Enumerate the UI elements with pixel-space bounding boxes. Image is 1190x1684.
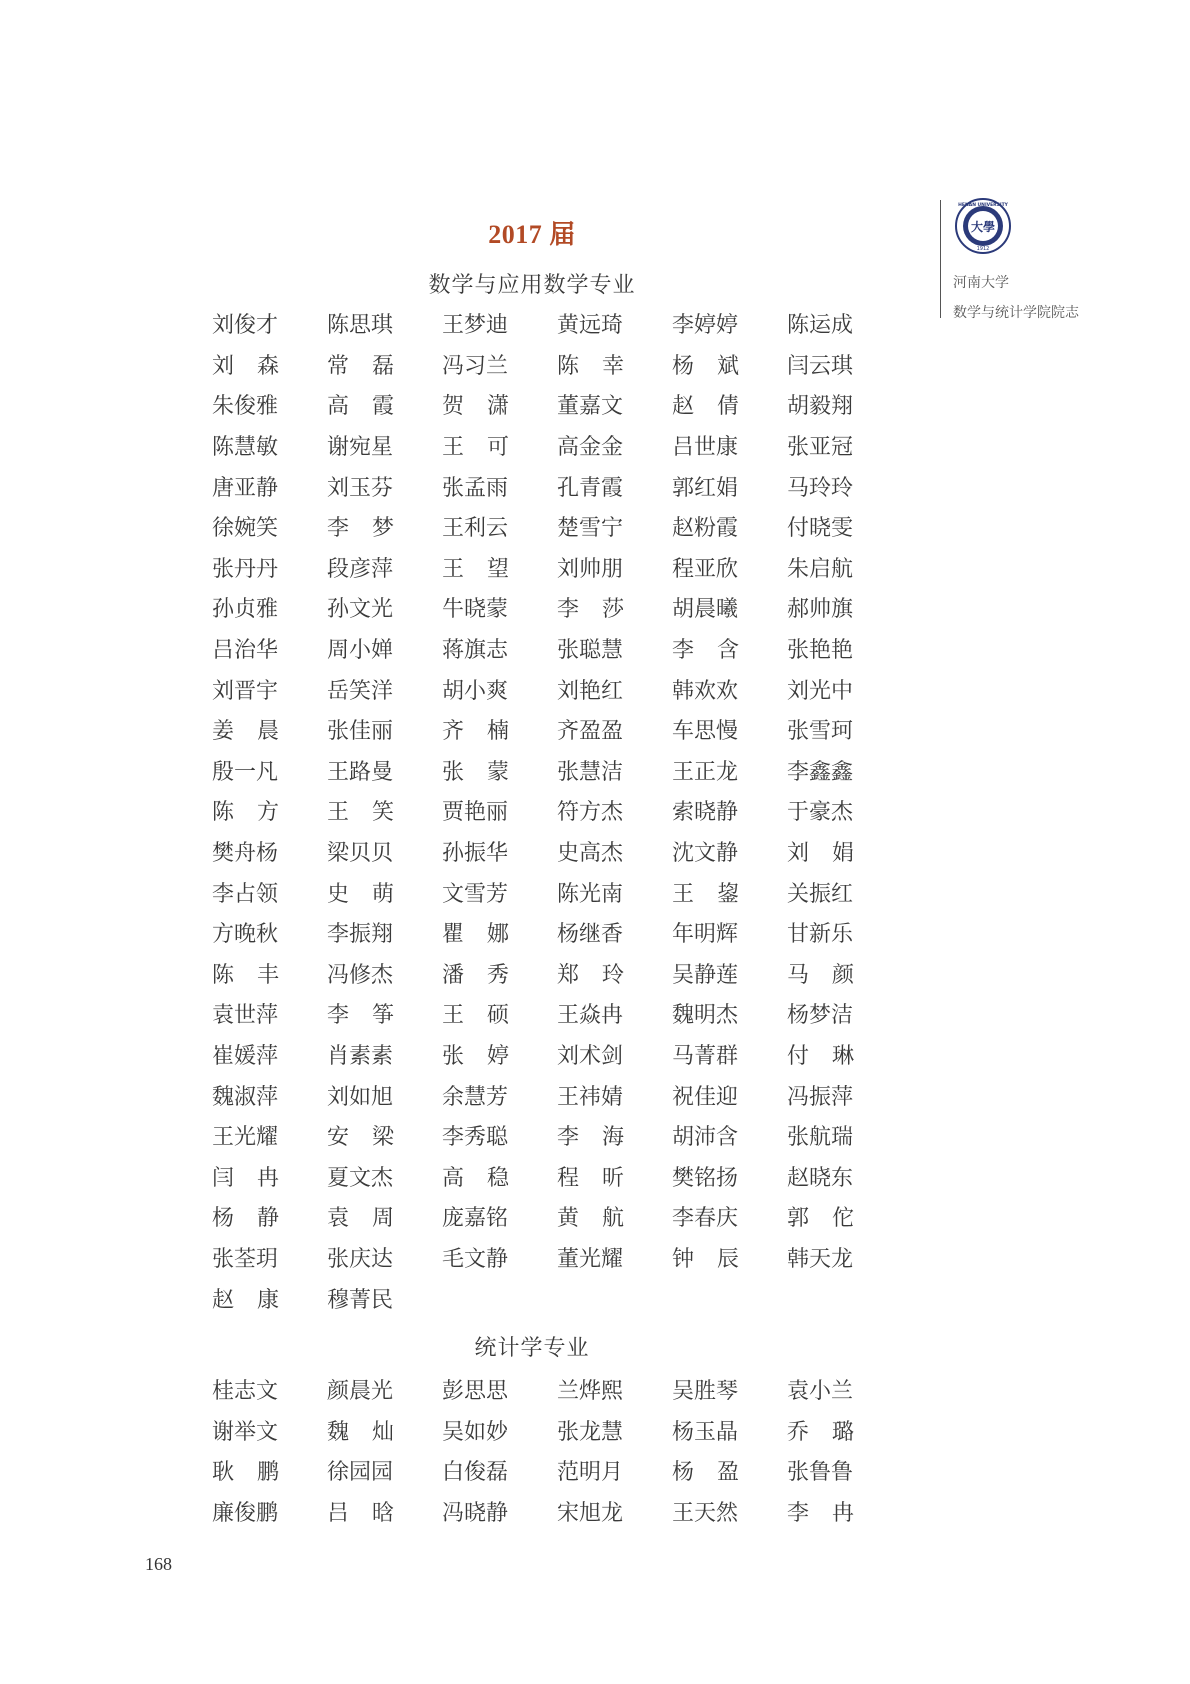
student-name: 于豪杰 — [787, 802, 902, 824]
name-row: 陈方王笑贾艳丽符方杰索晓静于豪杰 — [212, 793, 912, 834]
student-name: 王路曼 — [327, 762, 442, 784]
student-name: 李婷婷 — [672, 315, 787, 337]
student-name: 徐园园 — [327, 1462, 442, 1484]
section-title-stats: 统计学专业 — [0, 1331, 1064, 1362]
student-name: 刘如旭 — [327, 1087, 442, 1109]
student-name: 刘光中 — [787, 681, 902, 703]
student-name: 赵康 — [212, 1290, 327, 1312]
student-name: 胡沛含 — [672, 1127, 787, 1149]
student-name: 李筝 — [327, 1005, 442, 1027]
student-name: 陈慧敏 — [212, 437, 327, 459]
student-name: 车思慢 — [672, 721, 787, 743]
name-row: 李占领史萌文雪芳陈光南王鋆关振红 — [212, 874, 912, 915]
student-name: 张蒙 — [442, 762, 557, 784]
student-name: 张婷 — [442, 1046, 557, 1068]
student-name: 方晚秋 — [212, 924, 327, 946]
student-name: 徐婉笑 — [212, 518, 327, 540]
student-name: 张艳艳 — [787, 640, 902, 662]
student-name: 袁小兰 — [787, 1381, 902, 1403]
student-name: 李含 — [672, 640, 787, 662]
name-row: 王光耀安梁李秀聪李海胡沛含张航瑞 — [212, 1118, 912, 1159]
student-name: 王焱冉 — [557, 1005, 672, 1027]
student-name: 吴胜琴 — [672, 1381, 787, 1403]
student-name: 郭佗 — [787, 1208, 902, 1230]
student-name: 马玲玲 — [787, 478, 902, 500]
student-name: 王天然 — [672, 1503, 787, 1525]
student-name: 张航瑞 — [787, 1127, 902, 1149]
name-row: 朱俊雅高霞贺潇董嘉文赵倩胡毅翔 — [212, 387, 912, 428]
student-name: 祝佳迎 — [672, 1087, 787, 1109]
student-name: 牛晓蒙 — [442, 599, 557, 621]
student-name: 马菁群 — [672, 1046, 787, 1068]
name-row: 张荃玥张庆达毛文静董光耀钟辰韩天龙 — [212, 1240, 912, 1281]
name-row: 刘森常磊冯习兰陈幸杨斌闫云琪 — [212, 347, 912, 388]
student-name: 高稳 — [442, 1168, 557, 1190]
student-name: 梁贝贝 — [327, 843, 442, 865]
page-title: 2017 届 — [0, 214, 1064, 251]
student-name: 赵晓东 — [787, 1168, 902, 1190]
student-name: 郑玲 — [557, 965, 672, 987]
student-name: 刘俊才 — [212, 315, 327, 337]
student-name: 范明月 — [557, 1462, 672, 1484]
name-row: 崔媛萍肖素素张婷刘术剑马菁群付琳 — [212, 1037, 912, 1078]
student-name: 陈方 — [212, 802, 327, 824]
student-name: 刘玉芬 — [327, 478, 442, 500]
student-name: 高金金 — [557, 437, 672, 459]
student-name: 李冉 — [787, 1503, 902, 1525]
student-name: 吴静莲 — [672, 965, 787, 987]
student-name: 姜晨 — [212, 721, 327, 743]
student-name: 韩欢欢 — [672, 681, 787, 703]
student-name: 张孟雨 — [442, 478, 557, 500]
student-name: 李梦 — [327, 518, 442, 540]
student-name: 文雪芳 — [442, 884, 557, 906]
student-name: 樊铭扬 — [672, 1168, 787, 1190]
student-name: 付琳 — [787, 1046, 902, 1068]
student-name: 吕治华 — [212, 640, 327, 662]
student-name: 赵粉霞 — [672, 518, 787, 540]
name-row: 刘俊才陈思琪王梦迪黄远琦李婷婷陈运成 — [212, 306, 912, 347]
student-name: 甘新乐 — [787, 924, 902, 946]
student-name: 颜晨光 — [327, 1381, 442, 1403]
student-name: 蒋旗志 — [442, 640, 557, 662]
student-name: 郝帅旗 — [787, 599, 902, 621]
student-name: 王利云 — [442, 518, 557, 540]
student-name: 庞嘉铭 — [442, 1208, 557, 1230]
student-name: 吕晗 — [327, 1503, 442, 1525]
student-name: 李秀聪 — [442, 1127, 557, 1149]
student-name: 张丹丹 — [212, 559, 327, 581]
name-row: 赵康穆菁民 — [212, 1280, 912, 1321]
student-name: 冯振萍 — [787, 1087, 902, 1109]
name-row: 杨静袁周庞嘉铭黄航李春庆郭佗 — [212, 1199, 912, 1240]
student-name: 杨静 — [212, 1208, 327, 1230]
student-name: 殷一凡 — [212, 762, 327, 784]
student-name: 王光耀 — [212, 1127, 327, 1149]
student-name: 魏灿 — [327, 1422, 442, 1444]
student-name: 张聪慧 — [557, 640, 672, 662]
student-name: 宋旭龙 — [557, 1503, 672, 1525]
student-name: 李海 — [557, 1127, 672, 1149]
student-name: 袁周 — [327, 1208, 442, 1230]
student-name: 史萌 — [327, 884, 442, 906]
student-name: 胡晨曦 — [672, 599, 787, 621]
student-name: 杨玉晶 — [672, 1422, 787, 1444]
student-name: 唐亚静 — [212, 478, 327, 500]
student-name: 陈运成 — [787, 315, 902, 337]
student-name: 陈幸 — [557, 356, 672, 378]
student-name: 耿鹏 — [212, 1462, 327, 1484]
student-name: 沈文静 — [672, 843, 787, 865]
student-name: 肖素素 — [327, 1046, 442, 1068]
student-name: 王笑 — [327, 802, 442, 824]
student-name: 张佳丽 — [327, 721, 442, 743]
page-number: 168 — [145, 1554, 172, 1575]
student-name: 孔青霞 — [557, 478, 672, 500]
name-row: 谢举文魏灿吴如妙张龙慧杨玉晶乔璐 — [212, 1413, 912, 1454]
student-name: 王鋆 — [672, 884, 787, 906]
student-name: 李鑫鑫 — [787, 762, 902, 784]
student-name: 张亚冠 — [787, 437, 902, 459]
student-name: 年明辉 — [672, 924, 787, 946]
name-row: 闫冉夏文杰高稳程昕樊铭扬赵晓东 — [212, 1158, 912, 1199]
name-row: 桂志文颜晨光彭思思兰烨熙吴胜琴袁小兰 — [212, 1372, 912, 1413]
student-name: 齐楠 — [442, 721, 557, 743]
student-name: 孙文光 — [327, 599, 442, 621]
student-name: 陈思琪 — [327, 315, 442, 337]
student-name: 谢宛星 — [327, 437, 442, 459]
student-name: 兰烨熙 — [557, 1381, 672, 1403]
student-name: 杨斌 — [672, 356, 787, 378]
student-name: 刘晋宇 — [212, 681, 327, 703]
name-row: 殷一凡王路曼张蒙张慧洁王正龙李鑫鑫 — [212, 753, 912, 794]
student-name: 周小婵 — [327, 640, 442, 662]
student-name: 杨梦洁 — [787, 1005, 902, 1027]
university-logo-icon: 大學 1912 HENAN UNIVERSITY — [955, 198, 1011, 254]
name-row: 唐亚静刘玉芬张孟雨孔青霞郭红娟马玲玲 — [212, 468, 912, 509]
student-name: 符方杰 — [557, 802, 672, 824]
student-name: 王正龙 — [672, 762, 787, 784]
student-name: 索晓静 — [672, 802, 787, 824]
student-name: 闫冉 — [212, 1168, 327, 1190]
student-name: 夏文杰 — [327, 1168, 442, 1190]
name-row: 方晚秋李振翔瞿娜杨继香年明辉甘新乐 — [212, 915, 912, 956]
name-row: 姜晨张佳丽齐楠齐盈盈车思慢张雪珂 — [212, 712, 912, 753]
student-name: 闫云琪 — [787, 356, 902, 378]
student-name: 孙贞雅 — [212, 599, 327, 621]
student-name: 刘森 — [212, 356, 327, 378]
student-name: 段彦萍 — [327, 559, 442, 581]
student-name: 王望 — [442, 559, 557, 581]
student-name: 刘帅朋 — [557, 559, 672, 581]
student-name: 袁世萍 — [212, 1005, 327, 1027]
student-name: 张雪珂 — [787, 721, 902, 743]
student-name: 赵倩 — [672, 396, 787, 418]
student-name: 胡小爽 — [442, 681, 557, 703]
student-name: 冯习兰 — [442, 356, 557, 378]
name-row: 陈丰冯修杰潘秀郑玲吴静莲马颜 — [212, 956, 912, 997]
student-name: 刘艳红 — [557, 681, 672, 703]
student-name: 关振红 — [787, 884, 902, 906]
student-name: 张荃玥 — [212, 1249, 327, 1271]
student-name: 李占领 — [212, 884, 327, 906]
student-name: 贺潇 — [442, 396, 557, 418]
student-name: 孙振华 — [442, 843, 557, 865]
student-name: 程亚欣 — [672, 559, 787, 581]
student-name: 董嘉文 — [557, 396, 672, 418]
name-row: 孙贞雅孙文光牛晓蒙李莎胡晨曦郝帅旗 — [212, 590, 912, 631]
student-name: 樊舟杨 — [212, 843, 327, 865]
student-name: 钟辰 — [672, 1249, 787, 1271]
student-name: 刘术剑 — [557, 1046, 672, 1068]
book-title: 数学与统计学院院志 — [953, 302, 1079, 322]
student-name: 张慧洁 — [557, 762, 672, 784]
student-name: 陈丰 — [212, 965, 327, 987]
student-name: 史高杰 — [557, 843, 672, 865]
svg-text:HENAN UNIVERSITY: HENAN UNIVERSITY — [958, 202, 1009, 208]
student-name: 魏明杰 — [672, 1005, 787, 1027]
student-name: 冯晓静 — [442, 1503, 557, 1525]
student-name: 乔璐 — [787, 1422, 902, 1444]
student-name: 郭红娟 — [672, 478, 787, 500]
student-name: 张龙慧 — [557, 1422, 672, 1444]
name-grid-math: 刘俊才陈思琪王梦迪黄远琦李婷婷陈运成刘森常磊冯习兰陈幸杨斌闫云琪朱俊雅高霞贺潇董… — [212, 306, 912, 1321]
student-name: 张鲁鲁 — [787, 1462, 902, 1484]
student-name: 付晓雯 — [787, 518, 902, 540]
student-name: 黄远琦 — [557, 315, 672, 337]
name-row: 刘晋宇岳笑洋胡小爽刘艳红韩欢欢刘光中 — [212, 671, 912, 712]
svg-text:1912: 1912 — [977, 246, 990, 252]
student-name: 彭思思 — [442, 1381, 557, 1403]
student-name: 毛文静 — [442, 1249, 557, 1271]
student-name: 董光耀 — [557, 1249, 672, 1271]
student-name: 贾艳丽 — [442, 802, 557, 824]
student-name: 韩天龙 — [787, 1249, 902, 1271]
student-name: 王祎婧 — [557, 1087, 672, 1109]
section-title-math: 数学与应用数学专业 — [0, 268, 1064, 299]
student-name: 白俊磊 — [442, 1462, 557, 1484]
student-name: 余慧芳 — [442, 1087, 557, 1109]
name-row: 张丹丹段彦萍王望刘帅朋程亚欣朱启航 — [212, 550, 912, 591]
student-name: 吴如妙 — [442, 1422, 557, 1444]
student-name: 高霞 — [327, 396, 442, 418]
student-name: 朱俊雅 — [212, 396, 327, 418]
student-name: 岳笑洋 — [327, 681, 442, 703]
student-name: 杨盈 — [672, 1462, 787, 1484]
name-row: 魏淑萍刘如旭余慧芳王祎婧祝佳迎冯振萍 — [212, 1077, 912, 1118]
student-name: 朱启航 — [787, 559, 902, 581]
student-name: 李春庆 — [672, 1208, 787, 1230]
student-name: 冯修杰 — [327, 965, 442, 987]
student-name: 张庆达 — [327, 1249, 442, 1271]
student-name: 桂志文 — [212, 1381, 327, 1403]
student-name: 谢举文 — [212, 1422, 327, 1444]
svg-text:大學: 大學 — [971, 219, 995, 234]
student-name: 安梁 — [327, 1127, 442, 1149]
student-name: 黄航 — [557, 1208, 672, 1230]
student-name: 胡毅翔 — [787, 396, 902, 418]
student-name: 吕世康 — [672, 437, 787, 459]
sidebar-divider — [940, 200, 941, 318]
name-grid-stats: 桂志文颜晨光彭思思兰烨熙吴胜琴袁小兰谢举文魏灿吴如妙张龙慧杨玉晶乔璐耿鹏徐园园白… — [212, 1372, 912, 1534]
name-row: 耿鹏徐园园白俊磊范明月杨盈张鲁鲁 — [212, 1453, 912, 1494]
name-row: 廉俊鹏吕晗冯晓静宋旭龙王天然李冉 — [212, 1494, 912, 1535]
student-name: 常磊 — [327, 356, 442, 378]
student-name: 刘娟 — [787, 843, 902, 865]
student-name: 王梦迪 — [442, 315, 557, 337]
student-name: 魏淑萍 — [212, 1087, 327, 1109]
name-row: 袁世萍李筝王硕王焱冉魏明杰杨梦洁 — [212, 996, 912, 1037]
student-name: 杨继香 — [557, 924, 672, 946]
student-name: 程昕 — [557, 1168, 672, 1190]
student-name: 李振翔 — [327, 924, 442, 946]
student-name: 陈光南 — [557, 884, 672, 906]
student-name: 潘秀 — [442, 965, 557, 987]
student-name: 齐盈盈 — [557, 721, 672, 743]
name-row: 徐婉笑李梦王利云楚雪宁赵粉霞付晓雯 — [212, 509, 912, 550]
student-name: 马颜 — [787, 965, 902, 987]
student-name: 崔媛萍 — [212, 1046, 327, 1068]
student-name: 王硕 — [442, 1005, 557, 1027]
student-name: 王可 — [442, 437, 557, 459]
student-name: 李莎 — [557, 599, 672, 621]
name-row: 樊舟杨梁贝贝孙振华史高杰沈文静刘娟 — [212, 834, 912, 875]
student-name: 廉俊鹏 — [212, 1503, 327, 1525]
student-name: 穆菁民 — [327, 1290, 442, 1312]
name-row: 吕治华周小婵蒋旗志张聪慧李含张艳艳 — [212, 631, 912, 672]
student-name: 楚雪宁 — [557, 518, 672, 540]
student-name: 瞿娜 — [442, 924, 557, 946]
name-row: 陈慧敏谢宛星王可高金金吕世康张亚冠 — [212, 428, 912, 469]
